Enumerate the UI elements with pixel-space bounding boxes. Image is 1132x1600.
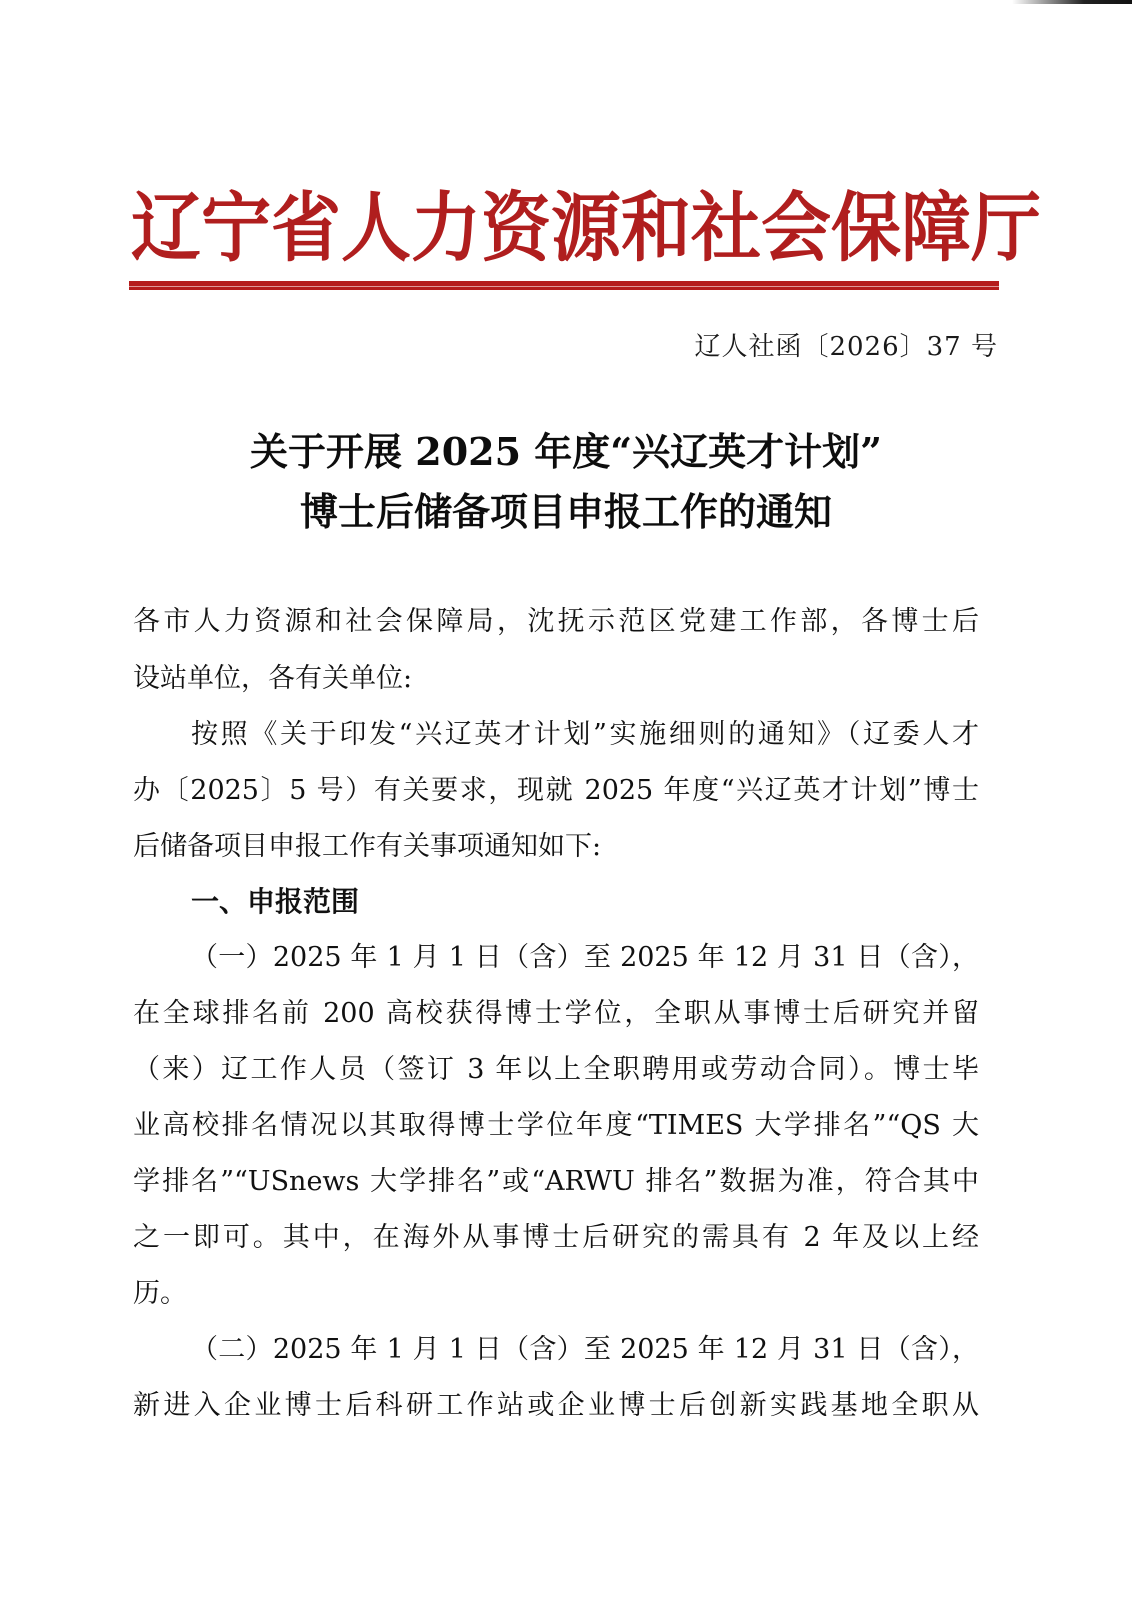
- letterhead-char: 厅: [971, 178, 1041, 277]
- letterhead-char: 和: [621, 178, 691, 277]
- item-2-line-1: （二）2025 年 1 月 1 日（含）至 2025 年 12 月 31 日（含…: [191, 1332, 979, 1368]
- item-1-line-7: 历。: [133, 1276, 979, 1312]
- letterhead-org-name: 辽 宁 省 人 力 资 源 和 社 会 保 障 厅: [131, 182, 1003, 274]
- addressee-line-2: 设站单位，各有关单位:: [133, 661, 979, 697]
- item-1-line-6: 之一即可。其中，在海外从事博士后研究的需具有 2 年及以上经: [133, 1220, 979, 1256]
- section-heading-1: 一、申报范围: [191, 884, 359, 920]
- item-1-line-5: 学排名”“USnews 大学排名”或“ARWU 排名”数据为准，符合其中: [133, 1164, 979, 1200]
- letterhead-red-rule: [129, 281, 999, 290]
- letterhead-char: 会: [761, 178, 831, 277]
- document-title-line-1: 关于开展 2025 年度“兴辽英才计划”: [120, 428, 1012, 476]
- letterhead-char: 障: [901, 178, 971, 277]
- addressee-line-1: 各市人力资源和社会保障局，沈抚示范区党建工作部，各博士后: [133, 604, 979, 640]
- item-1-line-3: （来）辽工作人员（签订 3 年以上全职聘用或劳动合同）。博士毕: [133, 1052, 979, 1088]
- letterhead-char: 省: [271, 178, 341, 277]
- item-1-line-2: 在全球排名前 200 高校获得博士学位，全职从事博士后研究并留: [133, 996, 979, 1032]
- letterhead-char: 资: [481, 178, 551, 277]
- letterhead-char: 保: [831, 178, 901, 277]
- letterhead-char: 力: [411, 178, 481, 277]
- letterhead-char: 社: [691, 178, 761, 277]
- item-1-line-1: （一）2025 年 1 月 1 日（含）至 2025 年 12 月 31 日（含…: [191, 940, 979, 976]
- item-1-line-4: 业高校排名情况以其取得博士学位年度“TIMES 大学排名”“QS 大: [133, 1108, 979, 1144]
- item-2-line-2: 新进入企业博士后科研工作站或企业博士后创新实践基地全职从: [133, 1388, 979, 1424]
- document-number: 辽人社函〔2026〕37 号: [694, 330, 998, 364]
- letterhead-char: 宁: [201, 178, 271, 277]
- intro-line-3: 后储备项目申报工作有关事项通知如下:: [133, 829, 979, 865]
- scan-edge-shadow: [1012, 0, 1132, 4]
- letterhead-char: 辽: [131, 178, 201, 277]
- intro-line-1: 按照《关于印发“兴辽英才计划”实施细则的通知》（辽委人才: [191, 717, 979, 753]
- letterhead-char: 人: [341, 178, 411, 277]
- intro-line-2: 办〔2025〕5 号）有关要求，现就 2025 年度“兴辽英才计划”博士: [133, 773, 979, 809]
- letterhead-char: 源: [551, 178, 621, 277]
- document-title-line-2: 博士后储备项目申报工作的通知: [120, 488, 1012, 536]
